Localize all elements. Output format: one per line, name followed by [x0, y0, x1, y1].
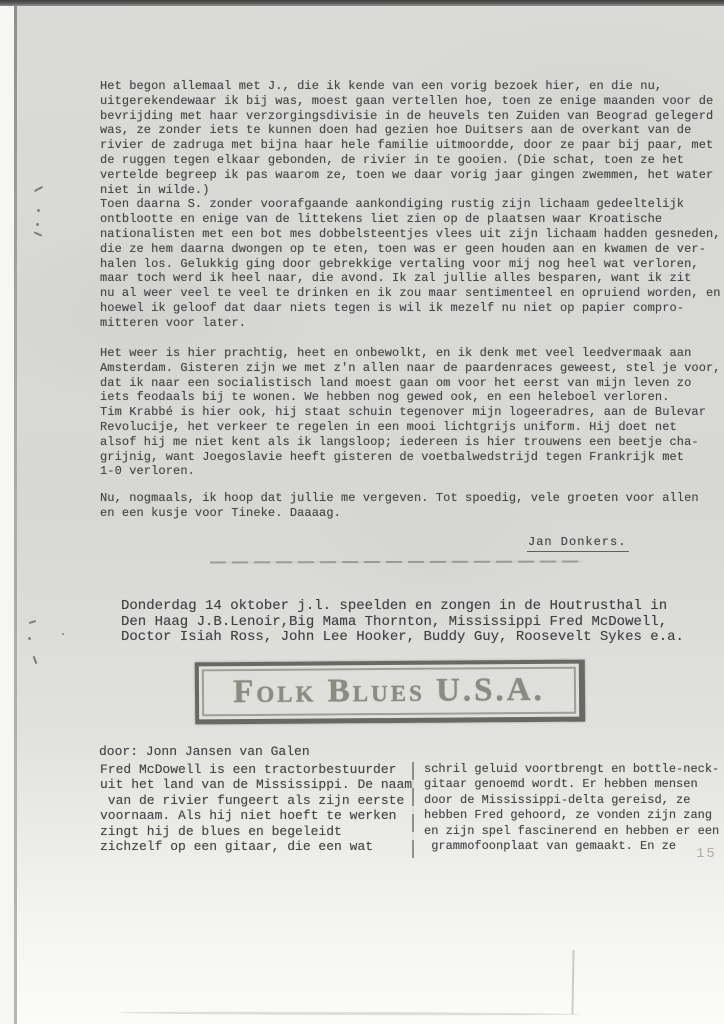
letter-signature: Jan Donkers.: [527, 535, 629, 552]
margin-mark: [34, 231, 42, 236]
margin-mark: [62, 633, 64, 635]
section-divider-line: [210, 561, 582, 564]
article-byline: door: Jonn Jansen van Galen: [99, 744, 310, 759]
folk-blues-stamp-title: Folk Blues U.S.A.: [233, 672, 545, 711]
column-divider-line: [412, 762, 414, 858]
letter-paragraph-3: Nu, nogmaals, ik hoop dat jullie me verg…: [100, 491, 699, 521]
margin-mark: [29, 620, 36, 624]
article-column-left: Fred McDowell is een tractorbestuurder u…: [100, 762, 412, 854]
page-number: 15: [696, 846, 717, 862]
scan-left-margin: [0, 0, 14, 1024]
margin-mark: [36, 223, 39, 226]
scan-page-edge-line: [14, 0, 17, 1024]
letter-paragraph-1: Het begon allemaal met J., die ik kende …: [100, 79, 721, 331]
concert-announcement: Donderdag 14 oktober j.l. speelden en zo…: [121, 599, 684, 646]
folk-blues-stamp-border: Folk Blues U.S.A.: [202, 667, 576, 717]
article-column-right: schril geluid voortbrengt en bottle-neck…: [424, 762, 719, 854]
scan-top-edge: [0, 0, 724, 6]
letter-paragraph-2: Het weer is hier prachtig, heet en onbew…: [100, 346, 721, 479]
margin-mark: [37, 209, 40, 212]
margin-mark: [34, 186, 43, 192]
margin-mark: [28, 637, 31, 640]
folk-blues-stamp: Folk Blues U.S.A.: [195, 660, 585, 725]
scan-bottom-shadow: [120, 1011, 580, 1016]
scanned-letter-page: Het begon allemaal met J., die ik kende …: [0, 0, 724, 1024]
paper-crease: [571, 950, 574, 1014]
margin-mark: [33, 656, 38, 664]
